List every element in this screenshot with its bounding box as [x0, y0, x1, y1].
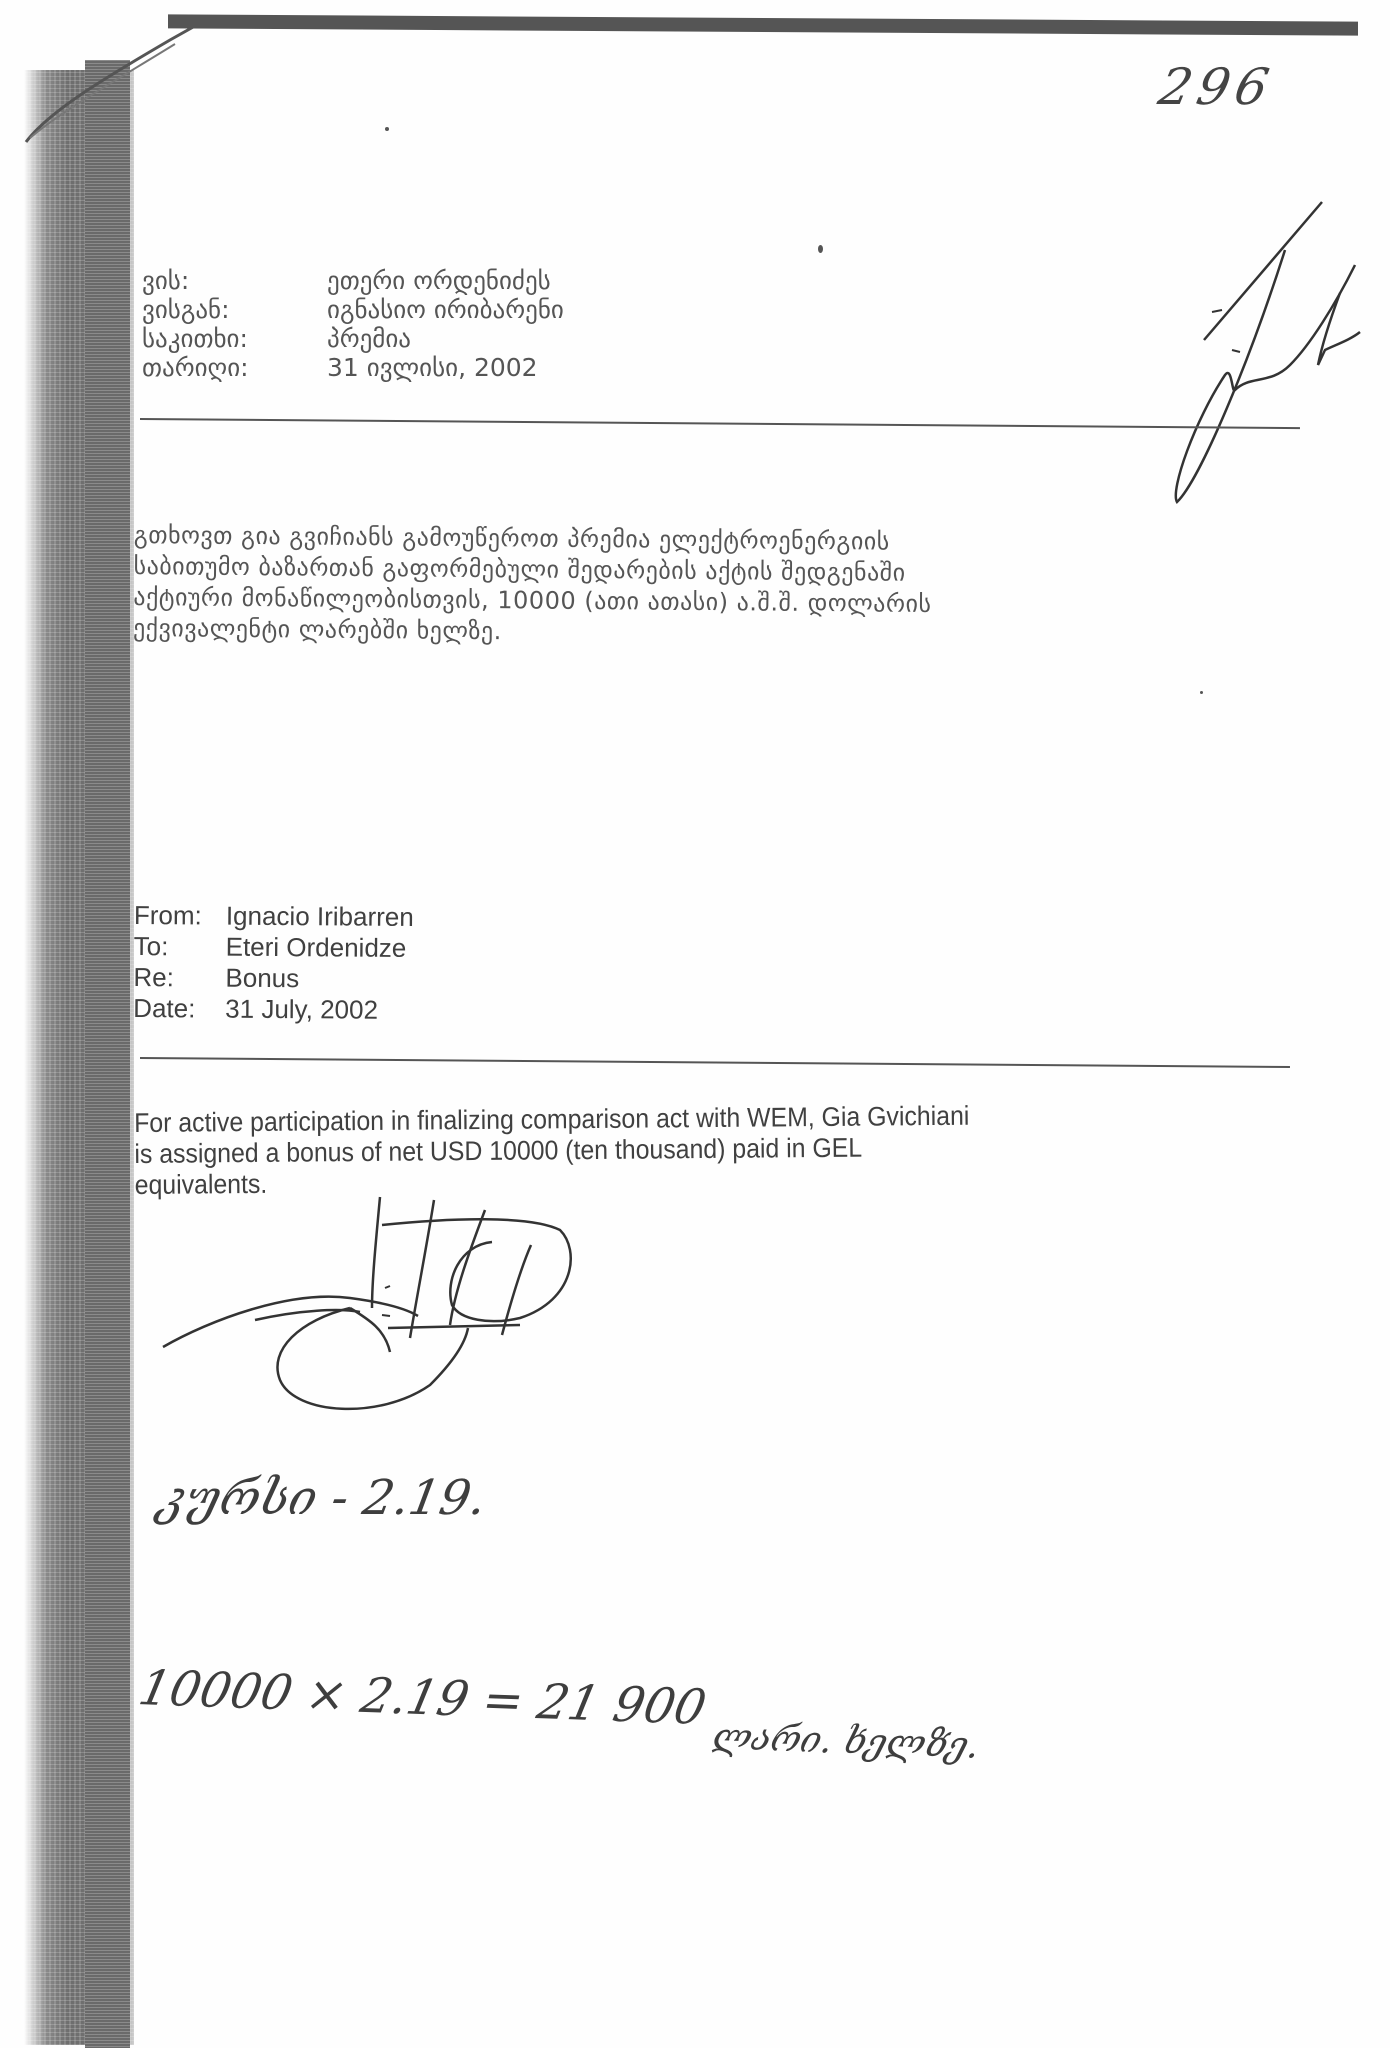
header-label: Re: — [133, 962, 225, 994]
header-value: იგნასიო ირიბარენი — [327, 295, 564, 324]
header-value: Eteri Ordenidze — [226, 932, 407, 964]
page-corner-fold — [20, 20, 220, 150]
header-label: From: — [134, 900, 226, 932]
header-value: ეთერი ორდენიძეს — [327, 266, 551, 295]
scan-speck — [1200, 691, 1203, 694]
georgian-memo-header: ვის: ეთერი ორდენიძეს ვისგან: იგნასიო ირი… — [142, 266, 564, 382]
header-row-from: From: Ignacio Iribarren — [134, 900, 414, 933]
handwritten-exchange-rate: კურსი - 2.19. — [155, 1470, 491, 1526]
sender-signature — [150, 1190, 600, 1430]
header-row-to: To: Eteri Ordenidze — [134, 931, 414, 964]
scanned-document-page: 296 ვის: ეთერი ორდენიძეს ვისგან: იგნასიო… — [0, 0, 1390, 2048]
page-number: 296 — [1154, 58, 1280, 116]
header-label: საკითხი: — [142, 324, 327, 353]
approval-signature — [1100, 180, 1390, 520]
header-row-from: ვისგან: იგნასიო ირიბარენი — [142, 295, 564, 324]
scan-speck — [818, 245, 823, 253]
scan-speck — [385, 127, 389, 131]
header-label: ვის: — [142, 266, 327, 295]
header-value: 31 July, 2002 — [225, 994, 378, 1026]
header-label: To: — [134, 931, 226, 963]
header-row-date: Date: 31 July, 2002 — [133, 993, 413, 1026]
header-row-date: თარიღი: 31 ივლისი, 2002 — [142, 353, 564, 382]
calculation-value: 10000 × 2.19 = 21 900 — [134, 1660, 711, 1736]
header-value: პრემია — [327, 324, 411, 353]
handwritten-calculation: 10000 × 2.19 = 21 900ლარი. ხელზე. — [134, 1660, 991, 1746]
header-label: Date: — [133, 993, 225, 1025]
header-label: ვისგან: — [142, 295, 327, 324]
header-row-subject: საკითხი: პრემია — [142, 324, 564, 353]
header-row-to: ვის: ეთერი ორდენიძეს — [142, 266, 564, 295]
header-value: Ignacio Iribarren — [226, 901, 414, 933]
georgian-memo-body: გთხოვთ გია გვიჩიანს გამოუწეროთ პრემია ელ… — [133, 520, 1134, 653]
header-value: 31 ივლისი, 2002 — [327, 353, 538, 382]
calculation-suffix: ლარი. ხელზე. — [709, 1716, 984, 1766]
english-memo-body: For active participation in finalizing c… — [134, 1099, 1147, 1201]
header-label: თარიღი: — [142, 353, 327, 382]
scan-binding-shadow — [85, 60, 130, 2048]
header-row-re: Re: Bonus — [133, 962, 413, 995]
scan-top-edge — [168, 14, 1358, 35]
header-divider — [140, 1057, 1290, 1068]
header-value: Bonus — [225, 963, 299, 995]
english-memo-header: From: Ignacio Iribarren To: Eteri Ordeni… — [133, 900, 414, 1026]
